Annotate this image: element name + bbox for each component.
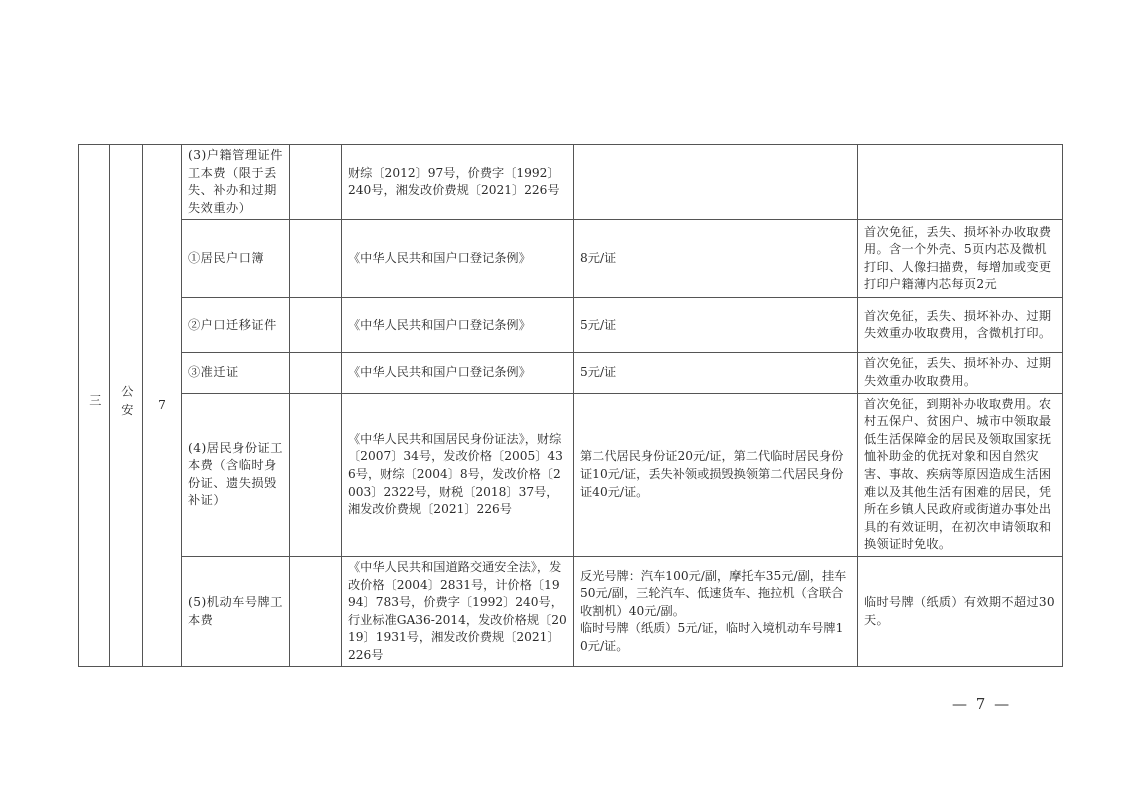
note-cell: 首次免征，丢失、损坏补办、过期失效重办收取费用，含微机打印。 [858, 298, 1063, 353]
note-cell [858, 145, 1063, 220]
standard-cell: 第二代居民身份证20元/证，第二代临时居民身份证10元/证，丢失补领或损毁换领第… [574, 393, 858, 556]
seq-label: 三 [85, 394, 103, 412]
blank-cell [290, 393, 342, 556]
document-page: 三 公安 7 (3)户籍管理证件工本费（限于丢失、补办和过期失效重办） 财综〔2… [0, 0, 1121, 793]
page-number: — 7 — [952, 695, 1011, 713]
item-name-cell: ②户口迁移证件 [182, 298, 290, 353]
seq-cell: 三 [79, 145, 110, 667]
item-number-cell: 7 [143, 145, 182, 667]
item-name-cell: (3)户籍管理证件工本费（限于丢失、补办和过期失效重办） [182, 145, 290, 220]
basis-cell: 《中华人民共和国居民身份证法》，财综〔2007〕34号，发改价格〔2005〕43… [342, 393, 574, 556]
table-row: (5)机动车号牌工本费 《中华人民共和国道路交通安全法》，发改价格〔2004〕2… [79, 556, 1063, 667]
blank-cell [290, 298, 342, 353]
note-cell: 首次免征，丢失、损坏补办、过期失效重办收取费用。 [858, 353, 1063, 393]
standard-line-temporary-plates: 临时号牌（纸质）5元/证，临时入境机动车号牌10元/证。 [580, 620, 851, 655]
standard-line-reflective-plates: 反光号牌：汽车100元/副，摩托车35元/副，挂车50元/副，三轮汽车、低速货车… [580, 568, 851, 621]
department-cell: 公安 [110, 145, 143, 667]
basis-cell: 《中华人民共和国道路交通安全法》，发改价格〔2004〕2831号，计价格〔199… [342, 556, 574, 667]
basis-cell: 《中华人民共和国户口登记条例》 [342, 220, 574, 298]
note-cell: 首次免征，到期补办收取费用。农村五保户、贫困户、城市中领取最低生活保障金的居民及… [858, 393, 1063, 556]
table-row: (4)居民身份证工本费（含临时身份证、遗失损毁补证） 《中华人民共和国居民身份证… [79, 393, 1063, 556]
standard-cell: 5元/证 [574, 298, 858, 353]
blank-cell [290, 556, 342, 667]
basis-cell: 财综〔2012〕97号，价费字〔1992〕240号，湘发改价费规〔2021〕22… [342, 145, 574, 220]
standard-cell: 反光号牌：汽车100元/副，摩托车35元/副，挂车50元/副，三轮汽车、低速货车… [574, 556, 858, 667]
standard-cell: 8元/证 [574, 220, 858, 298]
department-label: 公安 [117, 385, 135, 421]
table-row: ①居民户口簿 《中华人民共和国户口登记条例》 8元/证 首次免征，丢失、损坏补办… [79, 220, 1063, 298]
item-name-cell: (5)机动车号牌工本费 [182, 556, 290, 667]
blank-cell [290, 353, 342, 393]
basis-cell: 《中华人民共和国户口登记条例》 [342, 353, 574, 393]
item-name-cell: ③准迁证 [182, 353, 290, 393]
note-cell: 首次免征，丢失、损坏补办收取费用。含一个外壳、5页内芯及微机打印、人像扫描费，每… [858, 220, 1063, 298]
item-name-cell: ①居民户口簿 [182, 220, 290, 298]
standard-cell [574, 145, 858, 220]
note-cell: 临时号牌（纸质）有效期不超过30天。 [858, 556, 1063, 667]
fee-schedule-table: 三 公安 7 (3)户籍管理证件工本费（限于丢失、补办和过期失效重办） 财综〔2… [78, 144, 1063, 667]
table-row: ③准迁证 《中华人民共和国户口登记条例》 5元/证 首次免征，丢失、损坏补办、过… [79, 353, 1063, 393]
table-row: ②户口迁移证件 《中华人民共和国户口登记条例》 5元/证 首次免征，丢失、损坏补… [79, 298, 1063, 353]
blank-cell [290, 220, 342, 298]
blank-cell [290, 145, 342, 220]
standard-cell: 5元/证 [574, 353, 858, 393]
table-row: 三 公安 7 (3)户籍管理证件工本费（限于丢失、补办和过期失效重办） 财综〔2… [79, 145, 1063, 220]
basis-cell: 《中华人民共和国户口登记条例》 [342, 298, 574, 353]
item-name-cell: (4)居民身份证工本费（含临时身份证、遗失损毁补证） [182, 393, 290, 556]
